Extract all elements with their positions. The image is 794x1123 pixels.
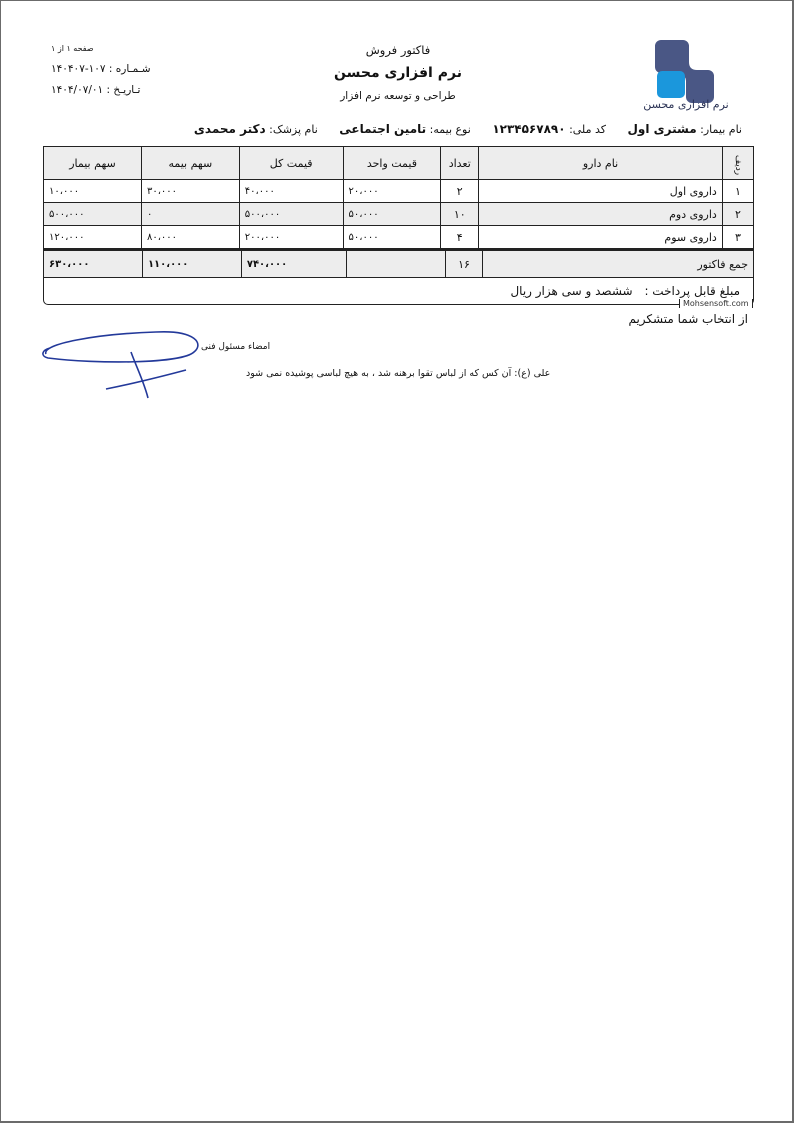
table-row: ۳ داروی سوم ۴ ۵۰،۰۰۰ ۲۰۰،۰۰۰ ۸۰،۰۰۰ ۱۲۰،… <box>44 226 754 249</box>
national-code-value: ۱۲۳۴۵۶۷۸۹۰ <box>492 122 565 136</box>
insurance-share: ۸۰،۰۰۰ <box>141 226 239 249</box>
insurance-share: ۰ <box>141 203 239 226</box>
quote-text: علی (ع): آن کس که از لباس تقوا برهنه شد … <box>246 368 550 379</box>
items-table: ردیف نام دارو تعداد قیمت واحد قیمت کل سه… <box>43 146 754 249</box>
drug-name: داروی دوم <box>479 203 723 226</box>
row-number: ۱ <box>722 180 753 203</box>
page-indicator: صفحه ۱ از ۱ <box>51 44 94 53</box>
drug-name: داروی سوم <box>479 226 723 249</box>
payable-label: مبلغ قابل پرداخت : <box>644 284 740 298</box>
total-price: ۲۰۰،۰۰۰ <box>239 226 343 249</box>
col-header-qty: تعداد <box>441 147 479 180</box>
website-tag: Mohsensoft.com <box>679 299 753 308</box>
qty: ۴ <box>441 226 479 249</box>
invoice-number-label: شـمـاره : <box>109 63 151 75</box>
thanks-message: از انتخاب شما متشکریم <box>628 312 748 326</box>
document-title: فاکتور فروش <box>298 43 498 57</box>
totals-row: جمع فاکتور ۱۶ ۷۴۰،۰۰۰ ۱۱۰،۰۰۰ ۶۳۰،۰۰۰ <box>44 251 754 278</box>
totals-patient-share: ۶۳۰،۰۰۰ <box>44 251 143 278</box>
national-code-label: کد ملی: <box>569 123 606 136</box>
totals-insurance-share: ۱۱۰،۰۰۰ <box>142 251 241 278</box>
total-price: ۵۰۰،۰۰۰ <box>239 203 343 226</box>
patient-name-label: نام بیمار: <box>700 123 742 136</box>
logo-text: نرم افزاری محسن <box>641 98 731 111</box>
payable-amount: مبلغ قابل پرداخت : ششصد و سی هزار ریال <box>510 284 740 298</box>
invoice-date-label: تـاریـخ : <box>107 84 141 96</box>
insurance-share: ۳۰،۰۰۰ <box>141 180 239 203</box>
table-row: ۱ داروی اول ۲ ۲۰،۰۰۰ ۴۰،۰۰۰ ۳۰،۰۰۰ ۱۰،۰۰… <box>44 180 754 203</box>
signature-label: امضاء مسئول فنی <box>201 342 270 352</box>
unit-price: ۲۰،۰۰۰ <box>343 180 441 203</box>
doctor-label: نام پزشک: <box>269 123 318 136</box>
row-number: ۲ <box>722 203 753 226</box>
invoice-page: صفحه ۱ از ۱ شـمـاره : ۱۰۷-۱۴۰۴۰۷ تـاریـخ… <box>0 0 794 1123</box>
payable-value: ششصد و سی هزار ریال <box>510 284 632 298</box>
invoice-number: شـمـاره : ۱۰۷-۱۴۰۴۰۷ <box>51 63 151 75</box>
table-header-row: ردیف نام دارو تعداد قیمت واحد قیمت کل سه… <box>44 147 754 180</box>
totals-qty: ۱۶ <box>445 251 483 278</box>
col-header-patient-share: سهم بیمار <box>44 147 142 180</box>
patient-info: نام بیمار: مشتری اول کد ملی: ۱۲۳۴۵۶۷۸۹۰ … <box>194 122 742 136</box>
col-header-row: ردیف <box>722 147 753 180</box>
col-header-insurance-share: سهم بیمه <box>141 147 239 180</box>
totals-table: جمع فاکتور ۱۶ ۷۴۰،۰۰۰ ۱۱۰،۰۰۰ ۶۳۰،۰۰۰ <box>43 250 754 278</box>
signature-icon <box>36 326 211 406</box>
patient-share: ۵۰۰،۰۰۰ <box>44 203 142 226</box>
totals-total: ۷۴۰،۰۰۰ <box>241 251 346 278</box>
company-name: نرم افزاری محسن <box>298 65 498 81</box>
company-subtitle: طراحی و توسعه نرم افزار <box>298 90 498 102</box>
totals-label: جمع فاکتور <box>483 251 754 278</box>
unit-price: ۵۰،۰۰۰ <box>343 203 441 226</box>
col-header-drug-name: نام دارو <box>479 147 723 180</box>
insurance-label: نوع بیمه: <box>430 123 471 136</box>
patient-share: ۱۰،۰۰۰ <box>44 180 142 203</box>
col-header-total: قیمت کل <box>239 147 343 180</box>
qty: ۱۰ <box>441 203 479 226</box>
insurance-value: تامین اجتماعی <box>339 122 426 136</box>
drug-name: داروی اول <box>479 180 723 203</box>
doctor-value: دکتر محمدی <box>194 122 266 136</box>
total-price: ۴۰،۰۰۰ <box>239 180 343 203</box>
table-row: ۲ داروی دوم ۱۰ ۵۰،۰۰۰ ۵۰۰،۰۰۰ ۰ ۵۰۰،۰۰۰ <box>44 203 754 226</box>
totals-unit-price <box>346 251 445 278</box>
patient-share: ۱۲۰،۰۰۰ <box>44 226 142 249</box>
col-header-unit-price: قیمت واحد <box>343 147 441 180</box>
invoice-date: تـاریـخ : ۱۴۰۴/۰۷/۰۱ <box>51 84 140 96</box>
row-number: ۳ <box>722 226 753 249</box>
invoice-number-value: ۱۰۷-۱۴۰۴۰۷ <box>51 63 106 75</box>
qty: ۲ <box>441 180 479 203</box>
patient-name-value: مشتری اول <box>627 122 696 136</box>
invoice-date-value: ۱۴۰۴/۰۷/۰۱ <box>51 84 103 96</box>
unit-price: ۵۰،۰۰۰ <box>343 226 441 249</box>
